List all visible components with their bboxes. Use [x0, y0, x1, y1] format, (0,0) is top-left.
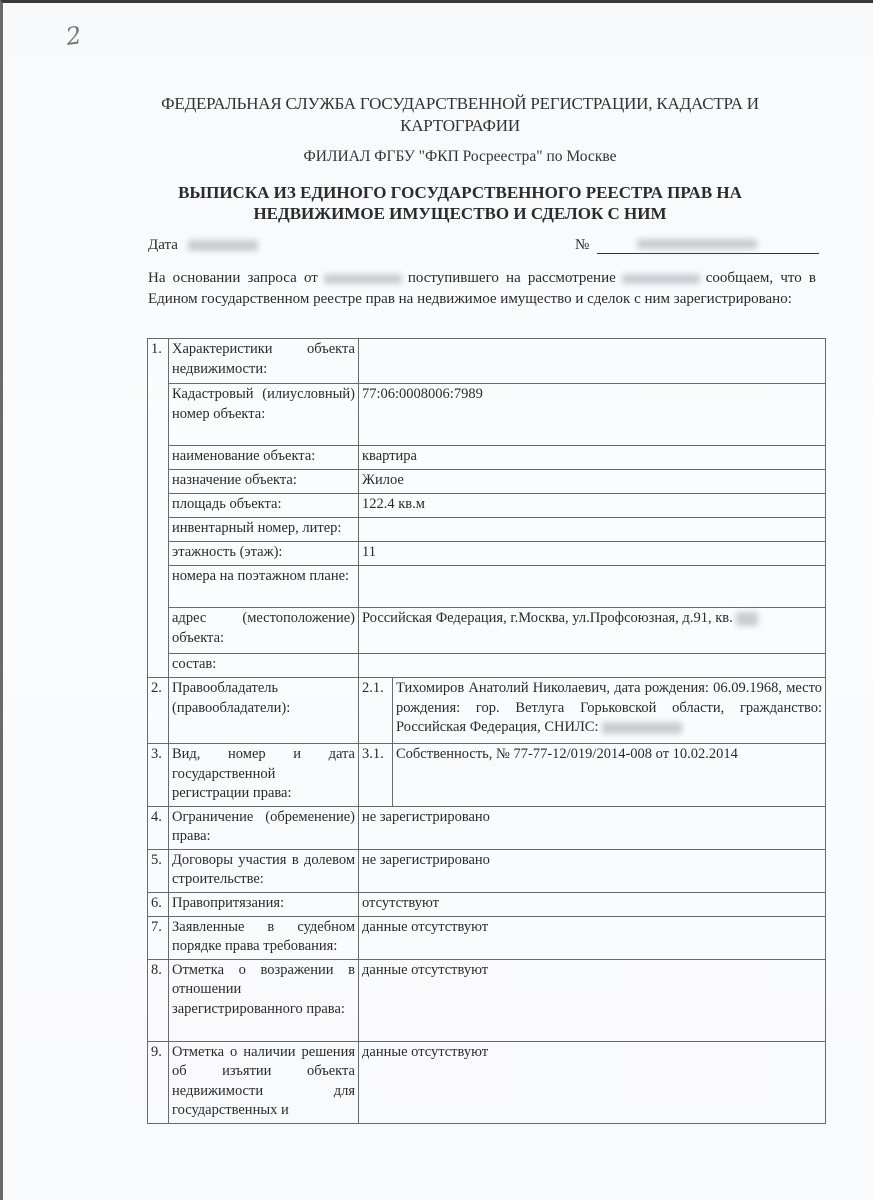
row-number: 7. [148, 916, 169, 959]
row-label: номера на поэтажном плане: [169, 566, 359, 608]
row-value: данные отсутствуют [359, 959, 826, 1041]
row-value: квартира [359, 446, 826, 470]
number-label: № [575, 237, 589, 254]
row-number: 1. [148, 339, 169, 678]
row-label: наименование объекта: [169, 446, 359, 470]
intro-text-2: поступившего на рассмотрение [408, 270, 616, 286]
title-line-1: ВЫПИСКА ИЗ ЕДИНОГО ГОСУДАРСТВЕННОГО РЕЕС… [100, 182, 820, 203]
table-row: площадь объекта: 122.4 кв.м [148, 494, 826, 518]
area-value: 122.4 кв.м [359, 494, 826, 518]
row-number: 6. [148, 892, 169, 916]
branch-name: ФИЛИАЛ ФГБУ "ФКП Росреестра" по Москве [100, 148, 820, 166]
row-value: не зарегистрировано [359, 849, 826, 892]
table-row: этажность (этаж): 11 [148, 542, 826, 566]
table-row: 6. Правопритязания: отсутствуют [148, 892, 826, 916]
row-number: 9. [148, 1041, 169, 1123]
request-date-redacted [324, 274, 402, 284]
row-value: не зарегистрировано [359, 806, 826, 849]
address-cell: Российская Федерация, г.Москва, ул.Профс… [359, 608, 826, 654]
row-label: Ограничение (обременение) права: [169, 806, 359, 849]
apartment-number-redacted [736, 612, 758, 626]
table-row: 3. Вид, номер и дата государственной рег… [148, 744, 826, 807]
row-label: Кадастровый (илиусловный) номер объекта: [169, 384, 359, 446]
agency-line-2: КАРТОГРАФИИ [100, 115, 820, 137]
row-number: 4. [148, 806, 169, 849]
row-label: состав: [169, 654, 359, 678]
row-subnumber: 2.1. [359, 678, 393, 744]
row-label: Вид, номер и дата государственной регист… [169, 744, 359, 807]
row-label: Отметка о возражении в отношении зарегис… [169, 959, 359, 1041]
table-row: адрес (местоположение) объекта: Российск… [148, 608, 826, 654]
row-value: Жилое [359, 470, 826, 494]
row-label: Договоры участия в долевом строительстве… [169, 849, 359, 892]
received-date-redacted [622, 274, 700, 284]
table-row: 9. Отметка о наличии решения об изъятии … [148, 1041, 826, 1123]
table-row: инвентарный номер, литер: [148, 518, 826, 542]
row-value: отсутствуют [359, 892, 826, 916]
register-table: 1. Характеристики объекта недвижимости: … [147, 338, 826, 1124]
table-row: состав: [148, 654, 826, 678]
table-row: Кадастровый (илиусловный) номер объекта:… [148, 384, 826, 446]
agency-name: ФЕДЕРАЛЬНАЯ СЛУЖБА ГОСУДАРСТВЕННОЙ РЕГИС… [100, 93, 820, 137]
date-label: Дата [148, 237, 178, 253]
row-label: Правообладатель (правообладатели): [169, 678, 359, 744]
number-value-redacted [637, 239, 757, 249]
agency-line-1: ФЕДЕРАЛЬНАЯ СЛУЖБА ГОСУДАРСТВЕННОЙ РЕГИС… [100, 93, 820, 115]
snils-redacted [602, 722, 682, 734]
row-label: Отметка о наличии решения об изъятии объ… [169, 1041, 359, 1123]
table-row: номера на поэтажном плане: [148, 566, 826, 608]
number-line [597, 239, 819, 254]
floor-value: 11 [359, 542, 826, 566]
row-label: Правопритязания: [169, 892, 359, 916]
row-label: Характеристики объекта недвижимости: [169, 339, 359, 384]
row-value [359, 654, 826, 678]
table-row: 7. Заявленные в судебном порядке права т… [148, 916, 826, 959]
row-label: инвентарный номер, литер: [169, 518, 359, 542]
cadastral-number: 77:06:0008006:7989 [359, 384, 826, 446]
intro-paragraph: На основании запроса отпоступившего на р… [148, 268, 816, 310]
row-value [359, 566, 826, 608]
row-label: площадь объекта: [169, 494, 359, 518]
row-label: адрес (местоположение) объекта: [169, 608, 359, 654]
document-number-field: № [575, 237, 819, 254]
title-line-2: НЕДВИЖИМОЕ ИМУЩЕСТВО И СДЕЛОК С НИМ [100, 203, 820, 224]
registration-value: Собственность, № 77-77-12/019/2014-008 о… [393, 744, 826, 807]
row-value [359, 518, 826, 542]
date-field: Дата [148, 237, 258, 254]
row-value: данные отсутствуют [359, 916, 826, 959]
intro-text-1: На основании запроса от [148, 270, 318, 286]
table-row: 5. Договоры участия в долевом строительс… [148, 849, 826, 892]
table-row: 1. Характеристики объекта недвижимости: [148, 339, 826, 384]
table-row: 4. Ограничение (обременение) права: не з… [148, 806, 826, 849]
row-label: Заявленные в судебном порядке права треб… [169, 916, 359, 959]
row-number: 5. [148, 849, 169, 892]
document-title: ВЫПИСКА ИЗ ЕДИНОГО ГОСУДАРСТВЕННОГО РЕЕС… [100, 182, 820, 224]
row-number: 3. [148, 744, 169, 807]
address-value: Российская Федерация, г.Москва, ул.Профс… [362, 610, 733, 626]
row-label: этажность (этаж): [169, 542, 359, 566]
row-subnumber: 3.1. [359, 744, 393, 807]
table-row: назначение объекта: Жилое [148, 470, 826, 494]
table-row: 2. Правообладатель (правообладатели): 2.… [148, 678, 826, 744]
owner-cell: Тихомиров Анатолий Николаевич, дата рожд… [393, 678, 826, 744]
row-number: 8. [148, 959, 169, 1041]
row-label: назначение объекта: [169, 470, 359, 494]
date-value-redacted [188, 240, 258, 251]
row-number: 2. [148, 678, 169, 744]
row-value: данные отсутствуют [359, 1041, 826, 1123]
table-row: 8. Отметка о возражении в отношении заре… [148, 959, 826, 1041]
row-value [359, 339, 826, 384]
table-row: наименование объекта: квартира [148, 446, 826, 470]
